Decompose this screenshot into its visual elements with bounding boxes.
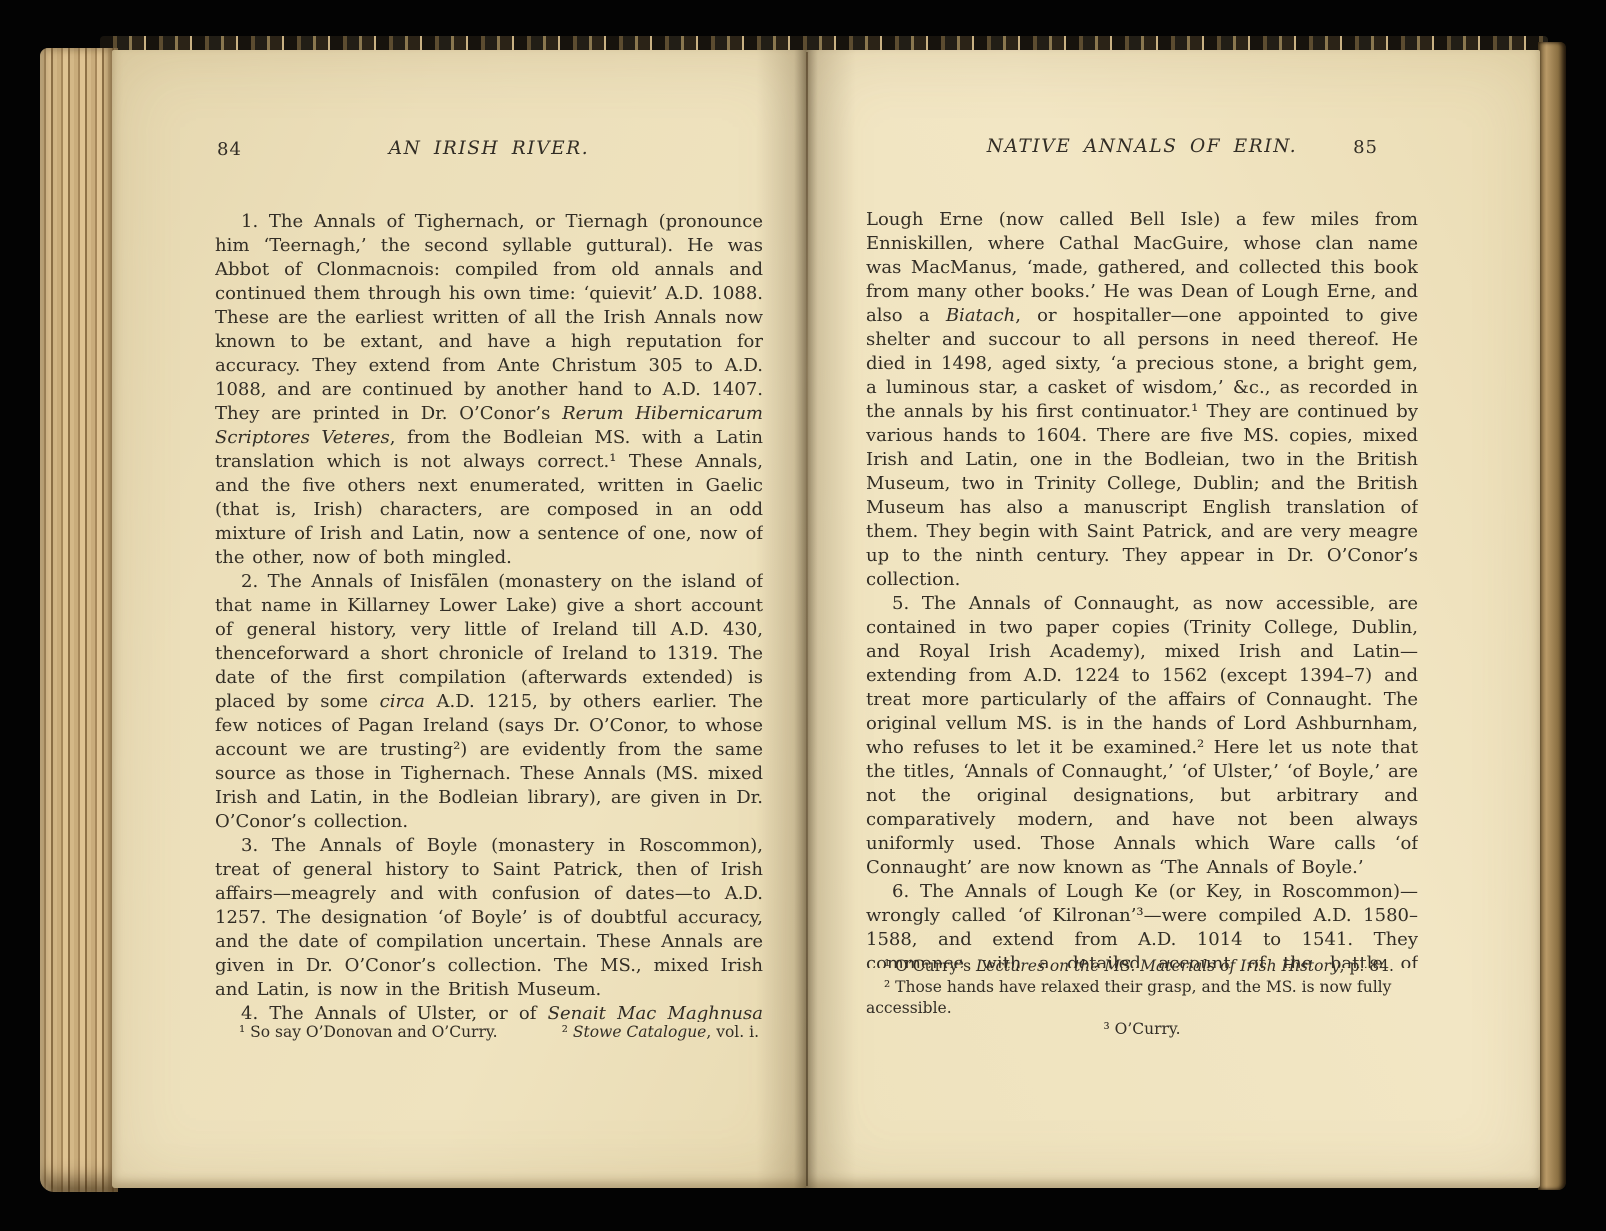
page-number: 85 bbox=[1353, 137, 1378, 158]
paragraph: 2. The Annals of Inisfālen (monastery on… bbox=[215, 570, 763, 834]
book-left-page-edges bbox=[40, 48, 118, 1192]
paragraph: 5. The Annals of Connaught, as now acces… bbox=[866, 592, 1418, 880]
footnotes: ¹ So say O’Donovan and O’Curry.² Stowe C… bbox=[215, 1022, 763, 1043]
text-column-left: 84 AN IRISH RIVER. 1. The Annals of Tigh… bbox=[215, 138, 763, 1138]
running-title: NATIVE ANNALS OF ERIN. bbox=[866, 136, 1418, 157]
page-body: 1. The Annals of Tighernach, or Tiernagh… bbox=[215, 210, 763, 1022]
page-number: 84 bbox=[217, 139, 242, 160]
book-spread: 84 AN IRISH RIVER. 1. The Annals of Tigh… bbox=[0, 0, 1606, 1231]
page-right: NATIVE ANNALS OF ERIN. 85 Lough Erne (no… bbox=[806, 50, 1540, 1188]
paragraph: 3. The Annals of Boyle (monastery in Ros… bbox=[215, 834, 763, 1002]
paragraph: 6. The Annals of Lough Ke (or Key, in Ro… bbox=[866, 880, 1418, 968]
page-left: 84 AN IRISH RIVER. 1. The Annals of Tigh… bbox=[112, 50, 806, 1188]
footnote: ² Those hands have relaxed their grasp, … bbox=[866, 977, 1418, 1019]
footnotes: ¹ O’Curry’s Lectures on the MS. Material… bbox=[866, 956, 1418, 1040]
footnote: ¹ O’Curry’s Lectures on the MS. Material… bbox=[866, 956, 1418, 977]
footnote: ³ O’Curry. bbox=[866, 1019, 1418, 1040]
running-title: AN IRISH RIVER. bbox=[215, 138, 763, 159]
book-right-page-edges bbox=[1538, 42, 1566, 1190]
paragraph: 1. The Annals of Tighernach, or Tiernagh… bbox=[215, 210, 763, 570]
paragraph: Lough Erne (now called Bell Isle) a few … bbox=[866, 208, 1418, 592]
paragraph: 4. The Annals of Ulster, or of Senait Ma… bbox=[215, 1002, 763, 1022]
text-column-right: NATIVE ANNALS OF ERIN. 85 Lough Erne (no… bbox=[866, 136, 1418, 1136]
footnote: ¹ So say O’Donovan and O’Curry. bbox=[239, 1022, 498, 1043]
page-body: Lough Erne (now called Bell Isle) a few … bbox=[866, 208, 1418, 968]
page-header-right: NATIVE ANNALS OF ERIN. 85 bbox=[866, 136, 1418, 162]
footnote: ² Stowe Catalogue, vol. i. bbox=[562, 1022, 759, 1043]
page-header-left: 84 AN IRISH RIVER. bbox=[215, 138, 763, 164]
